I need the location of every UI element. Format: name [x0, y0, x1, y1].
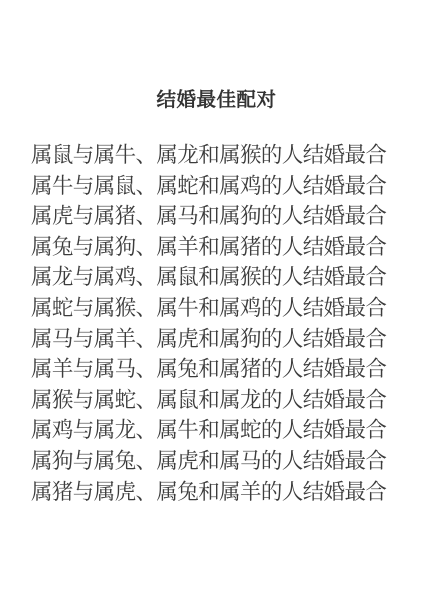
page-title: 结婚最佳配对	[0, 84, 433, 112]
pairing-line: 属兔与属狗、属羊和属猪的人结婚最合	[31, 233, 411, 264]
pairing-line: 属马与属羊、属虎和属狗的人结婚最合	[31, 325, 411, 356]
pairing-line: 属羊与属马、属兔和属猪的人结婚最合	[31, 355, 411, 386]
pairing-line: 属蛇与属猴、属牛和属鸡的人结婚最合	[31, 294, 411, 325]
document-page: 结婚最佳配对 属鼠与属牛、属龙和属猴的人结婚最合 属牛与属鼠、属蛇和属鸡的人结婚…	[0, 0, 433, 600]
pairing-line: 属猪与属虎、属兔和属羊的人结婚最合	[31, 478, 411, 509]
pairing-line: 属龙与属鸡、属鼠和属猴的人结婚最合	[31, 263, 411, 294]
pairing-line: 属虎与属猪、属马和属狗的人结婚最合	[31, 202, 411, 233]
pairing-line: 属鸡与属龙、属牛和属蛇的人结婚最合	[31, 416, 411, 447]
pairing-list: 属鼠与属牛、属龙和属猴的人结婚最合 属牛与属鼠、属蛇和属鸡的人结婚最合 属虎与属…	[31, 141, 411, 508]
pairing-line: 属牛与属鼠、属蛇和属鸡的人结婚最合	[31, 172, 411, 203]
pairing-line: 属狗与属兔、属虎和属马的人结婚最合	[31, 447, 411, 478]
pairing-line: 属鼠与属牛、属龙和属猴的人结婚最合	[31, 141, 411, 172]
pairing-line: 属猴与属蛇、属鼠和属龙的人结婚最合	[31, 386, 411, 417]
